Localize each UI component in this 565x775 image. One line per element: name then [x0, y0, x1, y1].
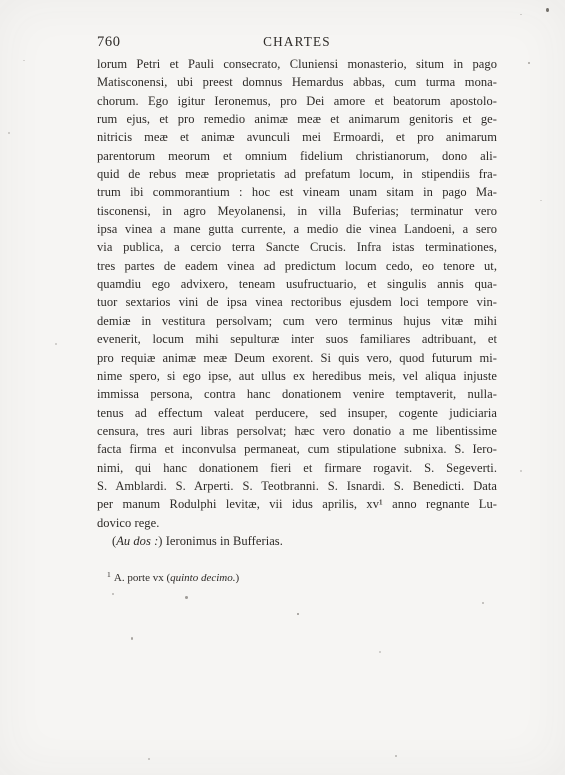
scan-speckle [297, 613, 299, 615]
text-line-25: per manum Rodulphi levitæ, vii idus apri… [97, 495, 497, 513]
scan-speckle [148, 758, 150, 760]
scan-speckle [482, 602, 484, 604]
footnote-close: ) [236, 572, 240, 584]
text-line-6: parentorum meorum et omnium fidelium chr… [97, 147, 497, 165]
scan-speckle [8, 132, 10, 134]
text-line-22: facta firma et inconvulsa permaneat, cum… [97, 440, 497, 458]
au-dos-text: Ieronimus in Bufferias. [166, 534, 283, 548]
scan-speckle [112, 593, 114, 595]
text-line-4: rum ejus, et pro remedio animæ meæ et an… [97, 110, 497, 128]
page-title: CHARTES [97, 34, 497, 50]
scan-speckle [185, 596, 188, 599]
scan-speckle [131, 637, 133, 640]
footnote: 1 A. porte vx (quinto decimo.) [97, 568, 507, 585]
text-line-10: ipsa vinea a mane gutta currente, a medi… [97, 220, 497, 238]
page-header: 760 CHARTES [97, 34, 497, 50]
text-line-17: pro requiæ animæ meæ Deum exorent. Si qu… [97, 349, 497, 367]
charter-text-block: lorum Petri et Pauli consecrato, Clunien… [97, 55, 497, 550]
text-line-9: tisconensi, in agro Meyolanensi, in vill… [97, 202, 497, 220]
book-page: 760 CHARTES lorum Petri et Pauli consecr… [0, 0, 565, 775]
text-line-21: censura, tres auri libras persolvat; hæc… [97, 422, 497, 440]
text-line-19: immissa persona, contra hanc donationem … [97, 385, 497, 403]
text-line-26: dovico rege. [97, 514, 497, 532]
text-line-18: nime spero, si ego ipse, aut ullus ex he… [97, 367, 497, 385]
scan-speckle [546, 8, 549, 12]
scan-speckle [395, 755, 397, 757]
text-line-23: nimi, qui hanc donationem fieri et firma… [97, 459, 497, 477]
text-line-3: chorum. Ego igitur Ieronemus, pro Dei am… [97, 92, 497, 110]
text-line-2: Matisconensi, ubi preest domnus Hemardus… [97, 73, 497, 91]
text-line-8: trum ibi commorantium : hoc est vineam u… [97, 183, 497, 201]
text-line-14: tuor sextarios vini de ipsa vinea rector… [97, 293, 497, 311]
text-line-24: S. Amblardi. S. Arperti. S. Teotbranni. … [97, 477, 497, 495]
scan-speckle [528, 62, 530, 64]
au-dos-italic: Au dos : [116, 534, 158, 548]
scan-speckle [379, 651, 381, 653]
scan-speckle [55, 343, 57, 345]
au-dos-line: (Au dos :) Ieronimus in Bufferias. [97, 532, 497, 550]
text-line-20: tenus ad effectum valeat perducere, sed … [97, 404, 497, 422]
text-line-15: demiæ in vestitura persolvam; cum vero t… [97, 312, 497, 330]
text-line-1: lorum Petri et Pauli consecrato, Clunien… [97, 55, 497, 73]
scan-speckle [520, 14, 522, 15]
text-line-13: quamdiu ego advixero, teneam usufructuar… [97, 275, 497, 293]
au-dos-close-paren: ) [158, 534, 162, 548]
footnote-italic: quinto decimo. [170, 572, 235, 584]
body-text: lorum Petri et Pauli consecrato, Clunien… [97, 55, 497, 532]
text-line-16: evenerit, locum mihi sepulturæ inter suo… [97, 330, 497, 348]
footnote-marker: 1 [107, 570, 111, 579]
scan-speckle [520, 470, 522, 472]
scan-speckle [23, 60, 25, 61]
footnote-text: A. porte vx ( [114, 572, 170, 584]
scan-speckle [540, 200, 542, 201]
text-line-12: tres partes de eadem vinea ad predictum … [97, 257, 497, 275]
text-line-5: nitricis meæ et animæ avunculi mei Ermoa… [97, 128, 497, 146]
text-line-11: via publica, a cercio terra Sancte Cruci… [97, 238, 497, 256]
text-line-7: quid de rebus meæ proprietatis ad prefat… [97, 165, 497, 183]
